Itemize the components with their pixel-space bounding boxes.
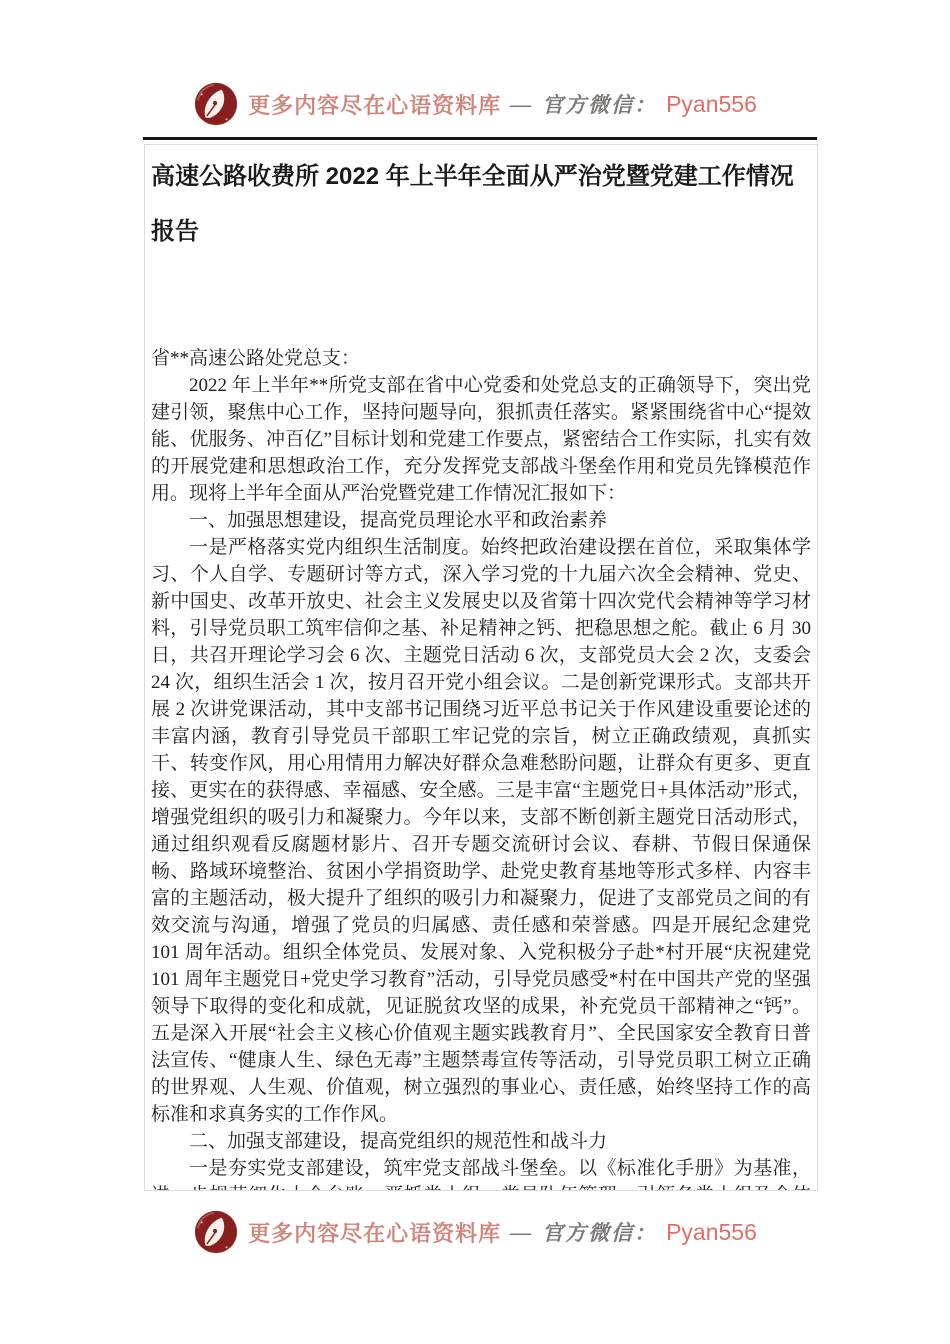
promo-header: 更多内容尽在心语资料库—官方微信： Pyan556 [0,78,950,130]
pen-logo-icon [193,81,239,127]
wechat-id: Pyan556 [666,91,757,118]
wechat-label: 官方微信： [542,89,657,119]
paragraph: 一是严格落实党内组织生活制度。始终把政治建设摆在首位，采取集体学习、个人自学、专… [151,534,811,1128]
document-page: 更多内容尽在心语资料库—官方微信： Pyan556 高速公路收费所 2022 年… [0,0,950,1344]
wechat-label: 官方微信： [542,1217,657,1247]
document-body: 高速公路收费所 2022 年上半年全面从严治党暨党建工作情况报告 省**高速公路… [144,144,818,1191]
paragraph: 2022 年上半年**所党支部在省中心党委和处党总支的正确领导下，突出党建引领，… [151,372,811,507]
separator-dash: — [510,92,531,117]
section-heading: 一、加强思想建设，提高党员理论水平和政治素养 [151,507,811,534]
header-divider [143,137,817,140]
pen-logo-icon [193,1209,239,1255]
brand-text: 更多内容尽在心语资料库 [248,1217,501,1248]
brand-text: 更多内容尽在心语资料库 [248,89,501,120]
section-heading: 二、加强支部建设，提高党组织的规范性和战斗力 [151,1128,811,1155]
document-title: 高速公路收费所 2022 年上半年全面从严治党暨党建工作情况报告 [151,149,811,259]
wechat-id: Pyan556 [666,1219,757,1246]
document-text: 省**高速公路处党总支： 2022 年上半年**所党支部在省中心党委和处党总支的… [151,345,811,1191]
salutation: 省**高速公路处党总支： [151,345,811,372]
promo-footer: 更多内容尽在心语资料库—官方微信： Pyan556 [0,1206,950,1258]
separator-dash: — [510,1220,531,1245]
paragraph: 一是夯实党支部建设，筑牢党支部战斗堡垒。以《标准化手册》为基准，进一步规范细化十… [151,1155,811,1191]
